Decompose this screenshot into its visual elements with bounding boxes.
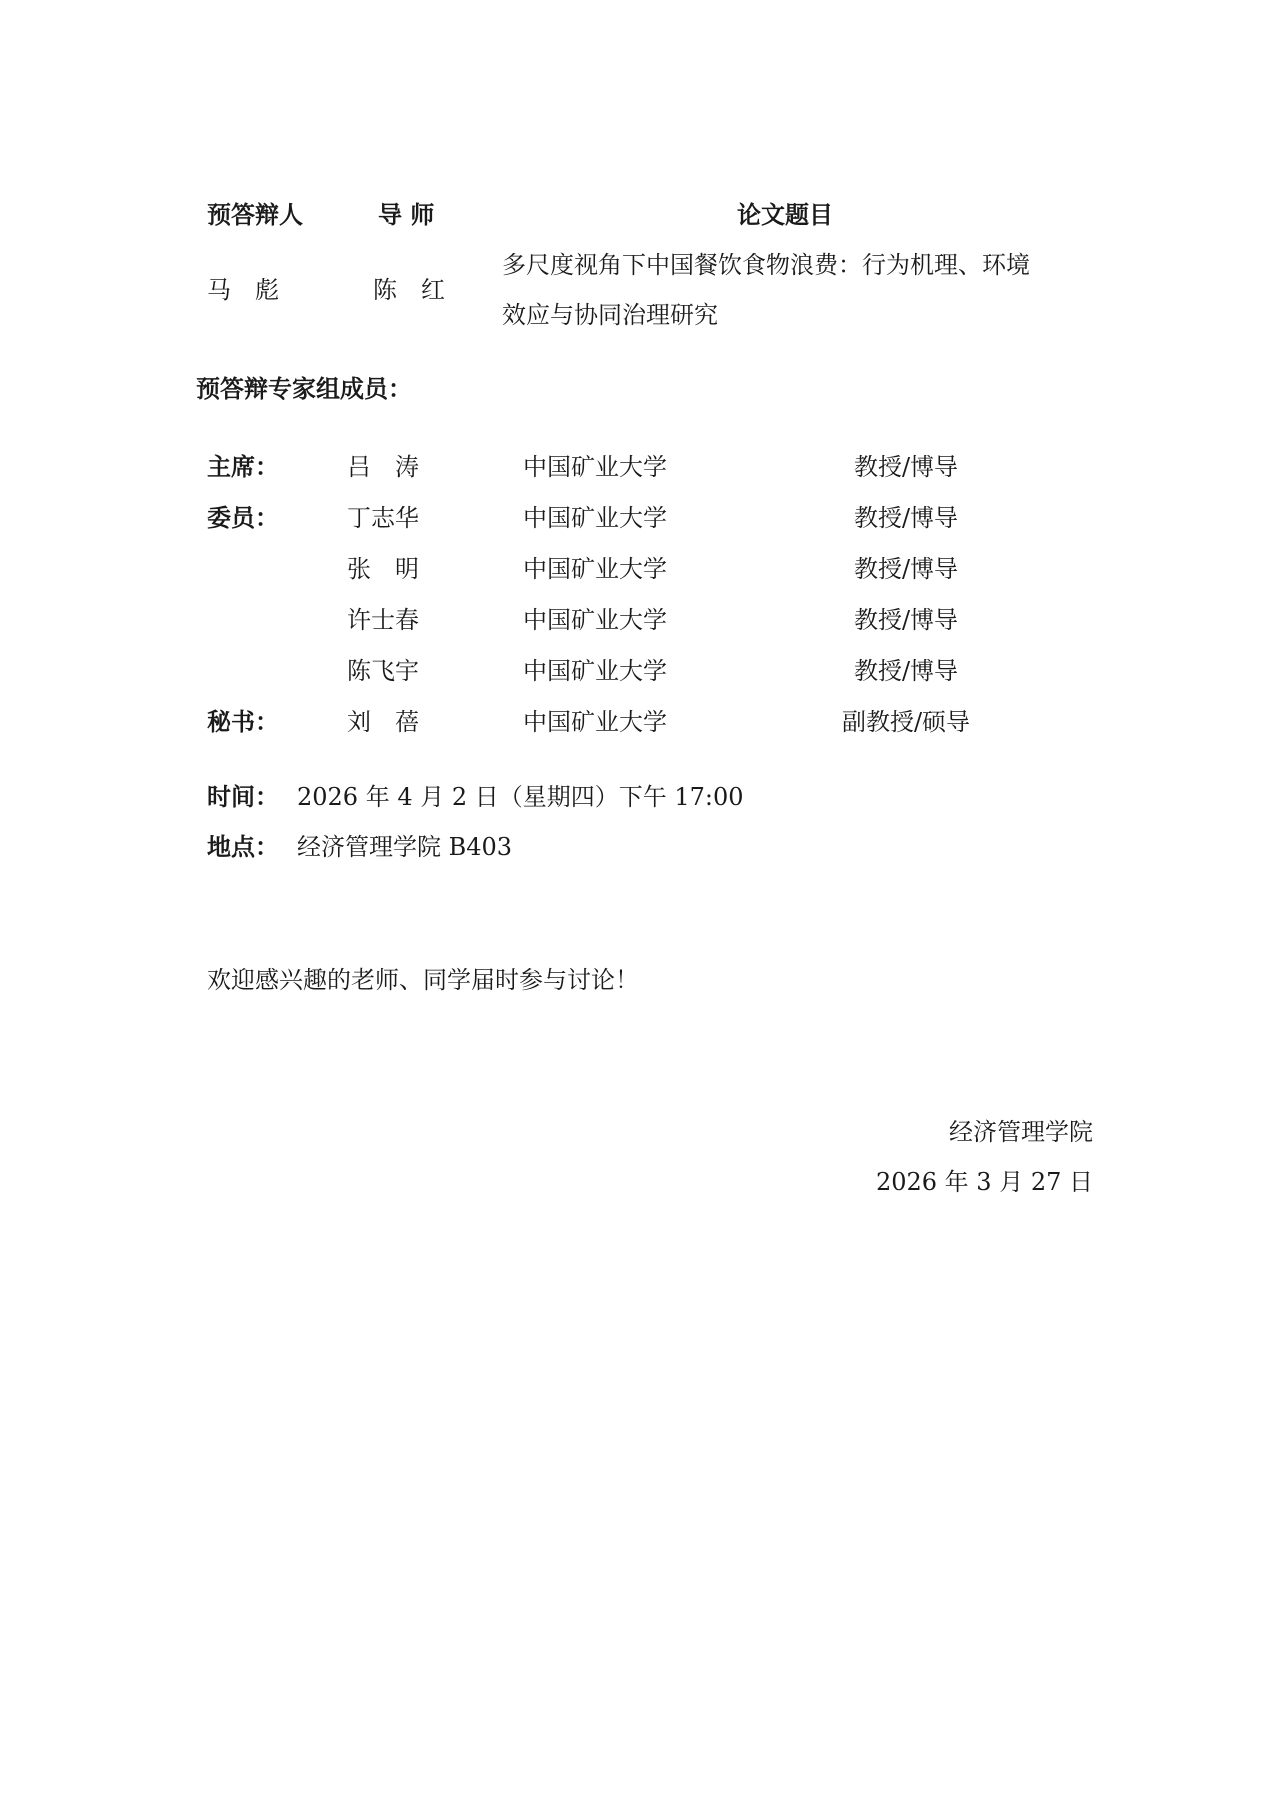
signature-organization: 经济管理学院 — [949, 1118, 1093, 1146]
header-advisor: 导 师 — [378, 201, 434, 229]
member-role: 委员： — [207, 504, 279, 532]
member-title: 教授/博导 — [854, 555, 958, 583]
member-role: 秘书： — [207, 708, 279, 736]
member-institution: 中国矿业大学 — [523, 606, 667, 634]
member-name: 张 明 — [347, 555, 419, 583]
member-institution: 中国矿业大学 — [523, 657, 667, 685]
member-title: 教授/博导 — [854, 657, 958, 685]
place-label: 地点： — [207, 833, 279, 861]
member-title: 教授/博导 — [854, 504, 958, 532]
time-label: 时间： — [207, 783, 279, 811]
thesis-title-line1: 多尺度视角下中国餐饮食物浪费：行为机理、环境 — [502, 251, 1030, 279]
member-institution: 中国矿业大学 — [523, 504, 667, 532]
member-title: 教授/博导 — [854, 606, 958, 634]
member-name: 刘 蓓 — [347, 708, 419, 736]
member-name: 许士春 — [347, 606, 419, 634]
committee-heading: 预答辩专家组成员： — [196, 375, 412, 403]
member-institution: 中国矿业大学 — [523, 453, 667, 481]
place-value: 经济管理学院 B403 — [297, 833, 512, 861]
member-name: 丁志华 — [347, 504, 419, 532]
thesis-title-line2: 效应与协同治理研究 — [502, 301, 718, 329]
welcome-text: 欢迎感兴趣的老师、同学届时参与讨论！ — [207, 966, 639, 994]
member-institution: 中国矿业大学 — [523, 708, 667, 736]
member-name: 陈飞宇 — [347, 657, 419, 685]
candidate-name: 马 彪 — [207, 276, 279, 304]
signature-date: 2026 年 3 月 27 日 — [876, 1168, 1093, 1196]
member-institution: 中国矿业大学 — [523, 555, 667, 583]
member-title: 副教授/硕导 — [842, 708, 970, 736]
advisor-name: 陈 红 — [373, 276, 445, 304]
header-title: 论文题目 — [737, 201, 833, 229]
member-role: 主席： — [207, 453, 279, 481]
header-candidate: 预答辩人 — [207, 201, 303, 229]
member-name: 吕 涛 — [347, 453, 419, 481]
time-value: 2026 年 4 月 2 日（星期四）下午 17:00 — [297, 783, 744, 811]
member-title: 教授/博导 — [854, 453, 958, 481]
